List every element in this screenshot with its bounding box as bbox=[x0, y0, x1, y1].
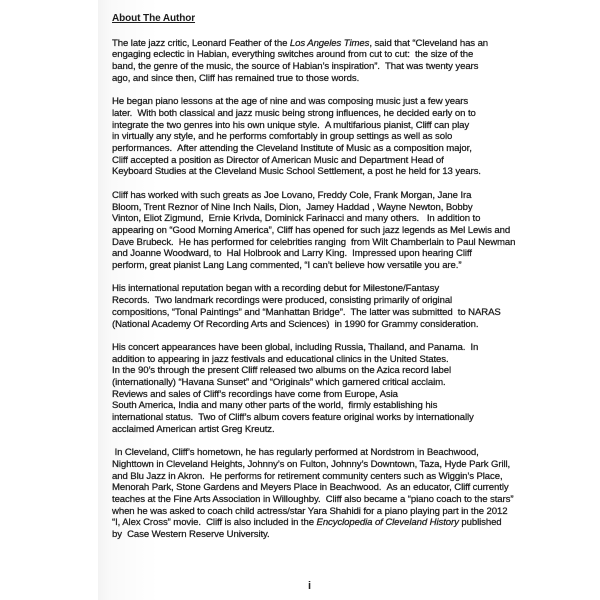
text-line: appearing on “Good Morning America”, Cli… bbox=[112, 225, 512, 237]
text-line: later. With both classical and jazz musi… bbox=[112, 108, 512, 120]
text-line: In the 90’s through the present Cliff re… bbox=[112, 365, 512, 377]
text-line: compositions, “Tonal Paintings” and “Man… bbox=[112, 307, 512, 319]
document-content: About The Author The late jazz critic, L… bbox=[112, 13, 512, 553]
text-line: In Cleveland, Cliff’s hometown, he has r… bbox=[112, 447, 512, 459]
text-line: Cliff accepted a position as Director of… bbox=[112, 155, 512, 167]
text-line: Cliff has worked with such greats as Joe… bbox=[112, 190, 512, 202]
text-line: engaging eclectic in Habian, everything … bbox=[112, 49, 512, 61]
text-line: teaches at the Fine Arts Association in … bbox=[112, 494, 512, 506]
text-line: South America, India and many other part… bbox=[112, 400, 512, 412]
text-line: Keyboard Studies at the Cleveland Music … bbox=[112, 166, 512, 178]
text-line: and Blu Jazz in Akron. He performs for r… bbox=[112, 471, 512, 483]
text-line: His concert appearances have been global… bbox=[112, 342, 512, 354]
text-line: Records. Two landmark recordings were pr… bbox=[112, 295, 512, 307]
page-number: i bbox=[308, 580, 320, 592]
paragraphs-container: The late jazz critic, Leonard Feather of… bbox=[112, 38, 512, 541]
text-line: performances. After attending the Clevel… bbox=[112, 143, 512, 155]
text-line: (internationally) “Havana Sunset” and “O… bbox=[112, 377, 512, 389]
text-line: acclaimed American artist Greg Kreutz. bbox=[112, 424, 512, 436]
paragraph: His concert appearances have been global… bbox=[112, 342, 512, 436]
section-title: About The Author bbox=[112, 13, 512, 25]
text-line: The late jazz critic, Leonard Feather of… bbox=[112, 38, 512, 50]
paragraph: The late jazz critic, Leonard Feather of… bbox=[112, 38, 512, 85]
paragraph: He began piano lessons at the age of nin… bbox=[112, 96, 512, 178]
paragraph: Cliff has worked with such greats as Joe… bbox=[112, 190, 512, 272]
paragraph: His international reputation began with … bbox=[112, 283, 512, 330]
text-line: integrate the two genres into his own un… bbox=[112, 120, 512, 132]
text-line: addition to appearing in jazz festivals … bbox=[112, 354, 512, 366]
text-line: Menorah Park, Stone Gardens and Meyers P… bbox=[112, 482, 512, 494]
italic-title: Los Angeles Times bbox=[290, 38, 369, 49]
text-line: perform, great pianist Lang Lang comment… bbox=[112, 260, 512, 272]
text-line: international status. Two of Cliff’s alb… bbox=[112, 412, 512, 424]
text-line: (National Academy Of Recording Arts and … bbox=[112, 319, 512, 331]
text-line: Bloom, Trent Reznor of Nine Inch Nails, … bbox=[112, 202, 512, 214]
text-line: by Case Western Reserve University. bbox=[112, 529, 512, 541]
text-line: and Joanne Woodward, to Hal Holbrook and… bbox=[112, 248, 512, 260]
text-line: in virtually any style, and he performs … bbox=[112, 131, 512, 143]
italic-title: Encyclopedia of Cleveland History bbox=[317, 517, 459, 528]
text-line: Reviews and sales of Cliff’s recordings … bbox=[112, 389, 512, 401]
text-line: He began piano lessons at the age of nin… bbox=[112, 96, 512, 108]
paragraph: In Cleveland, Cliff’s hometown, he has r… bbox=[112, 447, 512, 541]
text-line: ago, and since then, Cliff has remained … bbox=[112, 73, 512, 85]
text-line: Vinton, Eliot Zigmund, Ernie Krivda, Dom… bbox=[112, 213, 512, 225]
text-line: His international reputation began with … bbox=[112, 283, 512, 295]
text-line: “I, Alex Cross” movie. Cliff is also inc… bbox=[112, 517, 512, 529]
text-line: Dave Brubeck. He has performed for celeb… bbox=[112, 237, 512, 249]
document-page: About The Author The late jazz critic, L… bbox=[98, 0, 600, 600]
text-line: Nighttown in Cleveland Heights, Johnny’s… bbox=[112, 459, 512, 471]
text-line: band, the genre of the music, the source… bbox=[112, 61, 512, 73]
text-line: when he was asked to coach child actress… bbox=[112, 506, 512, 518]
